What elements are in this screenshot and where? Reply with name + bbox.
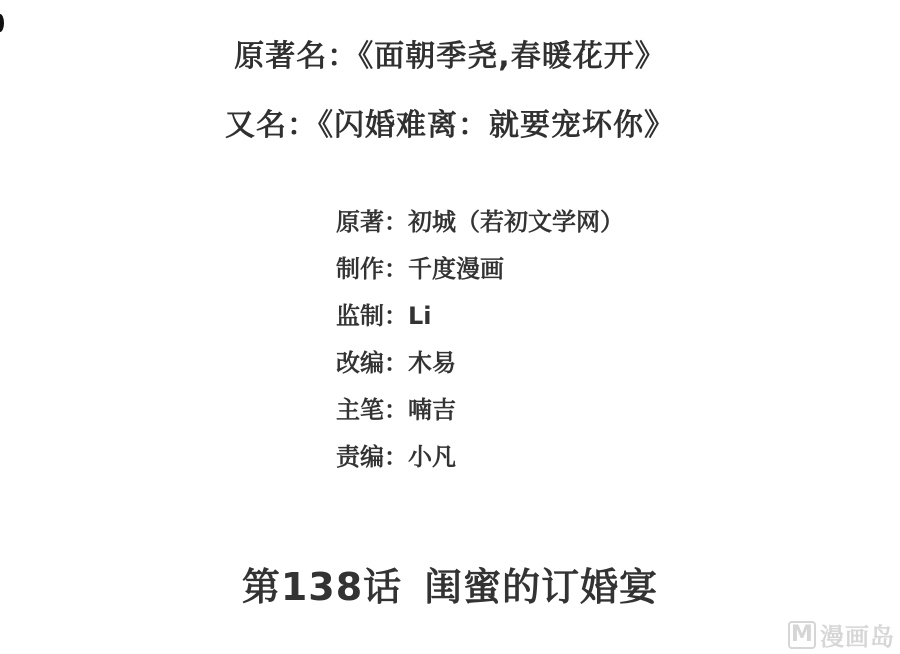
original-title: 《面朝季尧,春暖花开》 [358, 39, 665, 74]
credit-label: 监制： [336, 293, 408, 340]
alt-title-label: 又名： [225, 108, 318, 143]
credits-list: 原著：初城（若初文学网） 制作：千度漫画 监制：Li 改编：木易 主笔：喃吉 责… [336, 199, 624, 481]
credit-production: 制作：千度漫画 [336, 246, 624, 293]
credit-lead-artist: 主笔：喃吉 [336, 387, 624, 434]
credit-supervisor: 监制：Li [336, 293, 624, 340]
original-title-line: 原著名：《面朝季尧,春暖花开》 [0, 31, 900, 75]
credit-label: 原著： [336, 199, 408, 246]
credit-value: 小凡 [408, 434, 456, 481]
watermark-text: 漫画岛 [820, 617, 895, 652]
edge-mark [0, 14, 4, 32]
credit-value: 喃吉 [408, 387, 456, 434]
watermark-logo-icon: M [788, 621, 816, 649]
watermark: M 漫画岛 [788, 617, 895, 652]
credit-value: 千度漫画 [408, 246, 504, 293]
credit-label: 主笔： [336, 387, 408, 434]
alt-title: 《闪婚难离：就要宠坏你》 [318, 108, 675, 143]
credit-adaptation: 改编：木易 [336, 340, 624, 387]
credit-value: Li [408, 293, 432, 340]
credit-editor: 责编：小凡 [336, 434, 624, 481]
credit-value: 木易 [408, 340, 456, 387]
credit-label: 改编： [336, 340, 408, 387]
credit-original-author: 原著：初城（若初文学网） [336, 199, 624, 246]
chapter-number: 第138话 [242, 565, 402, 609]
chapter-heading: 第138话闺蜜的订婚宴 [0, 556, 900, 611]
credit-label: 制作： [336, 246, 408, 293]
alt-title-line: 又名：《闪婚难离：就要宠坏你》 [0, 100, 900, 144]
credit-label: 责编： [336, 434, 408, 481]
credit-value: 初城（若初文学网） [408, 199, 624, 246]
chapter-title: 闺蜜的订婚宴 [424, 565, 658, 609]
original-title-label: 原著名： [234, 39, 358, 74]
